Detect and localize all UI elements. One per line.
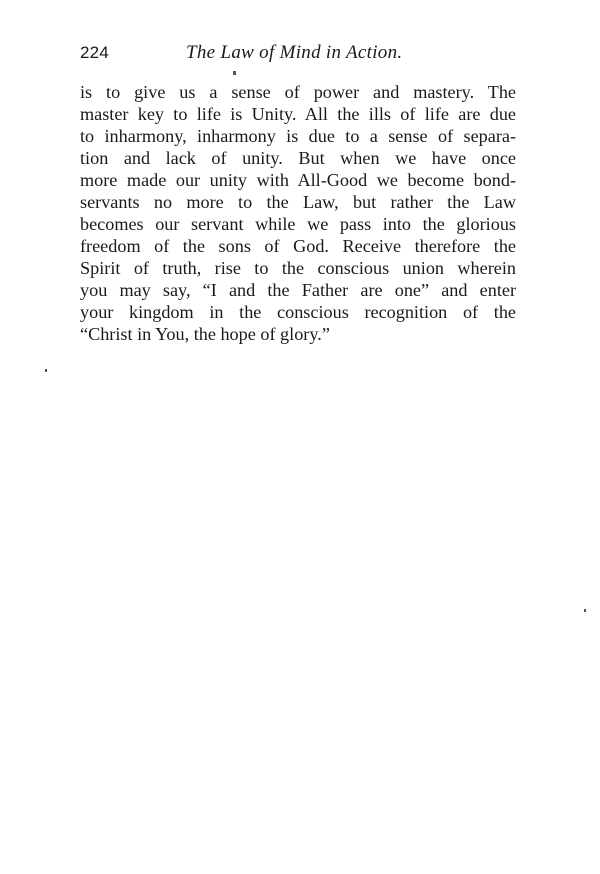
text-line: Spirit of truth, rise to the conscious u… xyxy=(80,257,516,279)
text-line: freedom of the sons of God. Receive ther… xyxy=(80,235,516,257)
print-speck xyxy=(584,609,586,612)
text-line: tion and lack of unity. But when we have… xyxy=(80,147,516,169)
text-line: becomes our servant while we pass into t… xyxy=(80,213,516,235)
text-line: to inharmony, inharmony is due to a sens… xyxy=(80,125,516,147)
running-head: 224 The Law of Mind in Action. xyxy=(80,40,516,66)
text-line: your kingdom in the conscious recognitio… xyxy=(80,301,516,323)
text-line: you may say, “I and the Father are one” … xyxy=(80,279,516,301)
text-line: servants no more to the Law, but rather … xyxy=(80,191,516,213)
running-title: The Law of Mind in Action. xyxy=(186,40,402,66)
text-line: master key to life is Unity. All the ill… xyxy=(80,103,516,125)
text-line: “Christ in You, the hope of glory.” xyxy=(80,323,516,345)
text-line: more made our unity with All-Good we bec… xyxy=(80,169,516,191)
book-page: 224 The Law of Mind in Action. is to giv… xyxy=(0,0,600,874)
page-number: 224 xyxy=(80,40,109,66)
print-speck xyxy=(233,71,236,75)
text-line: is to give us a sense of power and maste… xyxy=(80,81,516,103)
body-paragraph: is to give us a sense of power and maste… xyxy=(80,81,516,345)
print-speck xyxy=(45,369,47,372)
